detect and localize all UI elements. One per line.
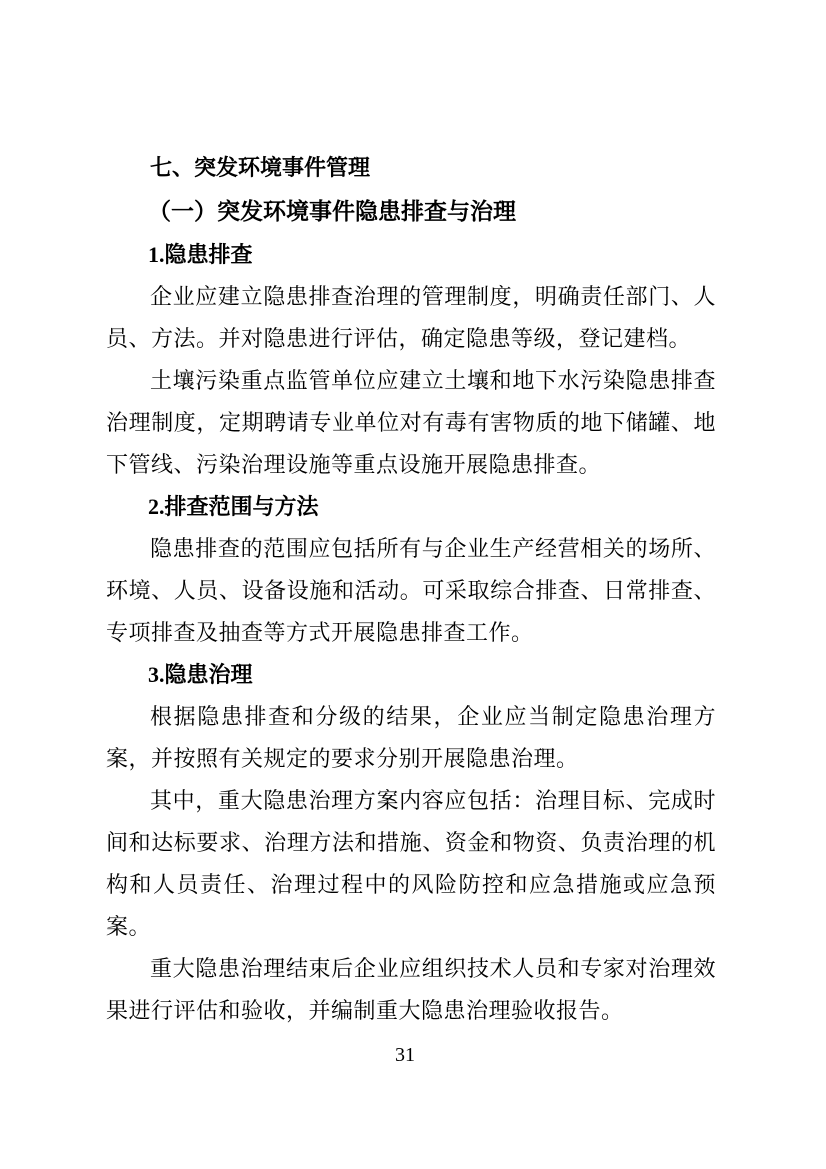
- subsection-heading: （一）突发环境事件隐患排查与治理: [106, 190, 716, 234]
- section-heading: 七、突发环境事件管理: [106, 146, 716, 190]
- paragraph: 土壤污染重点监管单位应建立土壤和地下水污染隐患排查治理制度，定期聘请专业单位对有…: [106, 360, 716, 486]
- paragraph: 其中，重大隐患治理方案内容应包括：治理目标、完成时间和达标要求、治理方法和措施、…: [106, 780, 716, 948]
- numbered-heading-3: 3.隐患治理: [106, 654, 716, 696]
- document-body: 七、突发环境事件管理 （一）突发环境事件隐患排查与治理 1.隐患排查 企业应建立…: [106, 146, 716, 1032]
- page-number: 31: [0, 1040, 810, 1070]
- paragraph: 隐患排查的范围应包括所有与企业生产经营相关的场所、环境、人员、设备设施和活动。可…: [106, 528, 716, 654]
- numbered-heading-1: 1.隐患排查: [106, 234, 716, 276]
- paragraph: 根据隐患排查和分级的结果，企业应当制定隐患治理方案，并按照有关规定的要求分别开展…: [106, 696, 716, 780]
- numbered-heading-2: 2.排查范围与方法: [106, 486, 716, 528]
- document-page: 七、突发环境事件管理 （一）突发环境事件隐患排查与治理 1.隐患排查 企业应建立…: [0, 0, 826, 1169]
- paragraph: 重大隐患治理结束后企业应组织技术人员和专家对治理效果进行评估和验收，并编制重大隐…: [106, 948, 716, 1032]
- paragraph: 企业应建立隐患排查治理的管理制度，明确责任部门、人员、方法。并对隐患进行评估，确…: [106, 276, 716, 360]
